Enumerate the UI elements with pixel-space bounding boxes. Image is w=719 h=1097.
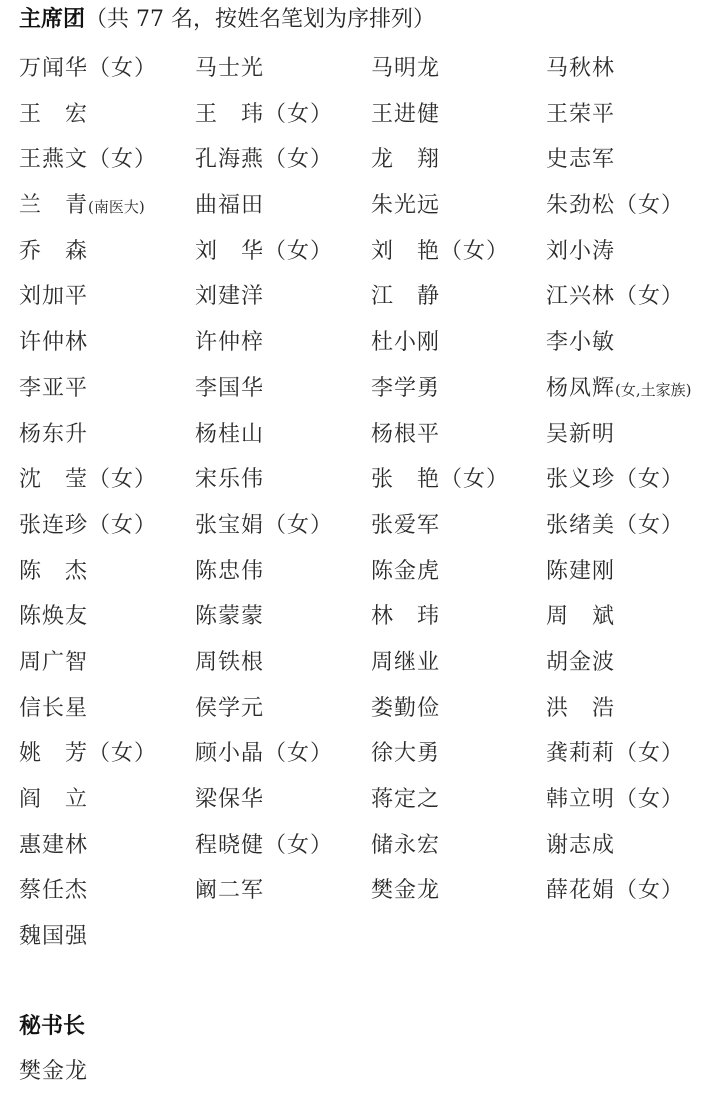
member-name: 李亚平 (19, 376, 88, 401)
member-name-cell: 信长星 (19, 693, 195, 739)
member-name: 江 静 (371, 284, 440, 309)
member-name-cell: 韩立明（女） (546, 784, 719, 830)
member-name-cell: 储永宏 (371, 830, 546, 876)
member-name-cell: 张爱军 (371, 510, 546, 556)
member-name-cell: 阎 立 (19, 784, 195, 830)
member-name-cell: 陈建刚 (546, 556, 719, 602)
member-name: 龙 翔 (371, 147, 440, 172)
member-name: 李小敏 (546, 330, 615, 355)
member-name: 刘加平 (19, 284, 88, 309)
member-name: 程晓健 (195, 833, 264, 858)
member-name-cell: 惠建林 (19, 830, 195, 876)
member-name-cell: 周铁根 (195, 647, 371, 693)
member-name-cell: 杨根平 (371, 419, 546, 465)
member-name-cell: 顾小晶（女） (195, 738, 371, 784)
member-gender-note: （女） (615, 513, 684, 538)
member-gender-note: （女） (264, 147, 333, 172)
member-name-cell: 张绪美（女） (546, 510, 719, 556)
member-name: 杨凤辉 (546, 376, 615, 401)
member-name: 周广智 (19, 650, 88, 675)
member-name-cell: 李国华 (195, 373, 371, 419)
member-name: 陈忠伟 (195, 559, 264, 584)
member-name: 吴新明 (546, 422, 615, 447)
member-name: 张 艳 (371, 467, 440, 492)
member-name: 阚二军 (195, 878, 264, 903)
member-name: 马秋林 (546, 56, 615, 81)
member-name: 朱劲松 (546, 193, 615, 218)
member-gender-note: （女） (615, 878, 684, 903)
member-name: 蒋定之 (371, 787, 440, 812)
member-name: 朱光远 (371, 193, 440, 218)
member-name: 李学勇 (371, 376, 440, 401)
member-name: 杨根平 (371, 422, 440, 447)
member-name-cell: 薛花娟（女） (546, 875, 719, 921)
member-name: 陈建刚 (546, 559, 615, 584)
member-name: 娄勤俭 (371, 696, 440, 721)
member-name: 王燕文 (19, 147, 88, 172)
member-name-cell: 兰 青(南医大) (19, 190, 195, 236)
member-name: 顾小晶 (195, 741, 264, 766)
member-affiliation-note: (女,土家族) (615, 381, 691, 399)
member-name: 张绪美 (546, 513, 615, 538)
member-name-cell: 张义珍（女） (546, 464, 719, 510)
member-gender-note: （女） (264, 102, 333, 127)
member-name-cell: 张宝娟（女） (195, 510, 371, 556)
member-name-cell: 蒋定之 (371, 784, 546, 830)
member-name-cell: 樊金龙 (371, 875, 546, 921)
member-gender-note: （女） (264, 239, 333, 264)
member-name: 王 宏 (19, 102, 88, 127)
member-name-cell: 娄勤俭 (371, 693, 546, 739)
member-gender-note: （女） (264, 833, 333, 858)
member-name-cell: 龙 翔 (371, 144, 546, 190)
member-gender-note: （女） (615, 284, 684, 309)
member-name-cell: 朱光远 (371, 190, 546, 236)
member-name-cell: 龚莉莉（女） (546, 738, 719, 784)
member-name-cell: 刘加平 (19, 281, 195, 327)
member-name: 沈 莹 (19, 467, 88, 492)
member-name: 乔 森 (19, 239, 88, 264)
member-name: 林 玮 (371, 604, 440, 629)
member-name-cell: 宋乐伟 (195, 464, 371, 510)
member-name: 周 斌 (546, 604, 615, 629)
member-name: 张宝娟 (195, 513, 264, 538)
member-name: 胡金波 (546, 650, 615, 675)
member-gender-note: （女） (264, 513, 333, 538)
member-name: 杜小刚 (371, 330, 440, 355)
member-name: 兰 青 (19, 193, 88, 218)
member-name-cell: 乔 森 (19, 236, 195, 282)
member-name: 王进健 (371, 102, 440, 127)
presidium-note: （共 77 名，按姓名笔划为序排列） (85, 7, 435, 32)
member-name-cell: 梁保华 (195, 784, 371, 830)
member-name-cell: 孔海燕（女） (195, 144, 371, 190)
member-name: 侯学元 (195, 696, 264, 721)
member-gender-note: （女） (615, 467, 684, 492)
member-name: 马明龙 (371, 56, 440, 81)
member-name: 刘建洋 (195, 284, 264, 309)
member-name-cell: 马秋林 (546, 53, 719, 99)
presidium-member-list: 万闻华（女）马士光马明龙马秋林王 宏王 玮（女）王进健王荣平王燕文（女）孔海燕（… (19, 53, 719, 967)
member-name: 陈金虎 (371, 559, 440, 584)
member-gender-note: （女） (88, 513, 157, 538)
member-name-cell: 陈焕友 (19, 601, 195, 647)
member-name-cell: 刘建洋 (195, 281, 371, 327)
member-name-cell: 林 玮 (371, 601, 546, 647)
member-name-cell: 王荣平 (546, 99, 719, 145)
member-name-cell: 杨东升 (19, 419, 195, 465)
member-name-cell: 陈金虎 (371, 556, 546, 602)
member-name-cell: 马明龙 (371, 53, 546, 99)
member-name: 周铁根 (195, 650, 264, 675)
member-name-cell: 谢志成 (546, 830, 719, 876)
member-gender-note: （女） (88, 147, 157, 172)
member-gender-note: （女） (264, 741, 333, 766)
member-name-cell: 姚 芳（女） (19, 738, 195, 784)
member-affiliation-note: (南医大) (88, 198, 145, 216)
member-name: 周继业 (371, 650, 440, 675)
member-name-cell: 许仲林 (19, 327, 195, 373)
member-name-cell: 王燕文（女） (19, 144, 195, 190)
member-name-cell: 周继业 (371, 647, 546, 693)
member-name-cell: 江兴林（女） (546, 281, 719, 327)
member-name-cell: 侯学元 (195, 693, 371, 739)
member-name: 徐大勇 (371, 741, 440, 766)
member-name-cell: 李学勇 (371, 373, 546, 419)
member-name-cell: 朱劲松（女） (546, 190, 719, 236)
member-name: 信长星 (19, 696, 88, 721)
member-name-cell: 杨凤辉(女,土家族) (546, 373, 719, 419)
member-name-cell: 江 静 (371, 281, 546, 327)
member-name-cell: 周广智 (19, 647, 195, 693)
member-gender-note: （女） (615, 193, 684, 218)
member-name: 储永宏 (371, 833, 440, 858)
member-name: 许仲梓 (195, 330, 264, 355)
member-name: 阎 立 (19, 787, 88, 812)
member-name-cell: 沈 莹（女） (19, 464, 195, 510)
member-name-cell: 魏国强 (19, 921, 195, 967)
member-name-cell: 王 宏 (19, 99, 195, 145)
member-name-cell: 曲福田 (195, 190, 371, 236)
member-name: 惠建林 (19, 833, 88, 858)
member-name: 王 玮 (195, 102, 264, 127)
member-name: 孔海燕 (195, 147, 264, 172)
member-name-cell: 徐大勇 (371, 738, 546, 784)
member-name-cell: 许仲梓 (195, 327, 371, 373)
member-name-cell: 胡金波 (546, 647, 719, 693)
member-name-cell: 刘小涛 (546, 236, 719, 282)
member-name-cell: 陈 杰 (19, 556, 195, 602)
member-name-cell: 万闻华（女） (19, 53, 195, 99)
member-name: 宋乐伟 (195, 467, 264, 492)
member-gender-note: （女） (440, 467, 509, 492)
member-name-cell: 史志军 (546, 144, 719, 190)
member-name-cell: 吴新明 (546, 419, 719, 465)
secretary-general-heading: 秘书长 (19, 1012, 85, 1042)
member-gender-note: （女） (88, 56, 157, 81)
member-name: 张连珍 (19, 513, 88, 538)
presidium-title: 主席团 (19, 7, 85, 32)
member-name: 刘 艳 (371, 239, 440, 264)
member-name: 薛花娟 (546, 878, 615, 903)
member-name: 张义珍 (546, 467, 615, 492)
member-name-cell: 李小敏 (546, 327, 719, 373)
member-name-cell: 洪 浩 (546, 693, 719, 739)
member-name: 魏国强 (19, 924, 88, 949)
member-name-cell: 周 斌 (546, 601, 719, 647)
member-name: 韩立明 (546, 787, 615, 812)
member-name: 龚莉莉 (546, 741, 615, 766)
member-name-cell: 张连珍（女） (19, 510, 195, 556)
member-name-cell: 杨桂山 (195, 419, 371, 465)
member-name: 史志军 (546, 147, 615, 172)
member-gender-note: （女） (88, 467, 157, 492)
member-name: 李国华 (195, 376, 264, 401)
member-name: 谢志成 (546, 833, 615, 858)
member-name: 刘小涛 (546, 239, 615, 264)
member-name: 马士光 (195, 56, 264, 81)
member-name: 陈蒙蒙 (195, 604, 264, 629)
member-name: 洪 浩 (546, 696, 615, 721)
member-name: 江兴林 (546, 284, 615, 309)
member-gender-note: （女） (615, 787, 684, 812)
member-name: 许仲林 (19, 330, 88, 355)
member-name-cell: 陈蒙蒙 (195, 601, 371, 647)
member-name-cell: 杜小刚 (371, 327, 546, 373)
member-name-cell: 王进健 (371, 99, 546, 145)
member-gender-note: （女） (615, 741, 684, 766)
member-name: 王荣平 (546, 102, 615, 127)
member-name: 万闻华 (19, 56, 88, 81)
member-name-cell: 阚二军 (195, 875, 371, 921)
member-name-cell: 王 玮（女） (195, 99, 371, 145)
member-name: 杨东升 (19, 422, 88, 447)
member-name-cell: 陈忠伟 (195, 556, 371, 602)
secretary-general-name: 樊金龙 (19, 1056, 88, 1088)
member-name: 蔡任杰 (19, 878, 88, 903)
presidium-heading: 主席团（共 77 名，按姓名笔划为序排列） (19, 5, 435, 35)
member-name: 陈 杰 (19, 559, 88, 584)
member-name: 杨桂山 (195, 422, 264, 447)
member-name-cell: 马士光 (195, 53, 371, 99)
member-name: 曲福田 (195, 193, 264, 218)
member-name: 刘 华 (195, 239, 264, 264)
member-gender-note: （女） (440, 239, 509, 264)
member-name: 梁保华 (195, 787, 264, 812)
member-name-cell: 刘 华（女） (195, 236, 371, 282)
member-name-cell: 张 艳（女） (371, 464, 546, 510)
member-name: 陈焕友 (19, 604, 88, 629)
member-name: 张爱军 (371, 513, 440, 538)
member-name: 姚 芳 (19, 741, 88, 766)
member-name-cell: 程晓健（女） (195, 830, 371, 876)
member-name: 樊金龙 (371, 878, 440, 903)
member-name-cell: 蔡任杰 (19, 875, 195, 921)
member-name-cell: 李亚平 (19, 373, 195, 419)
member-gender-note: （女） (88, 741, 157, 766)
member-name-cell: 刘 艳（女） (371, 236, 546, 282)
